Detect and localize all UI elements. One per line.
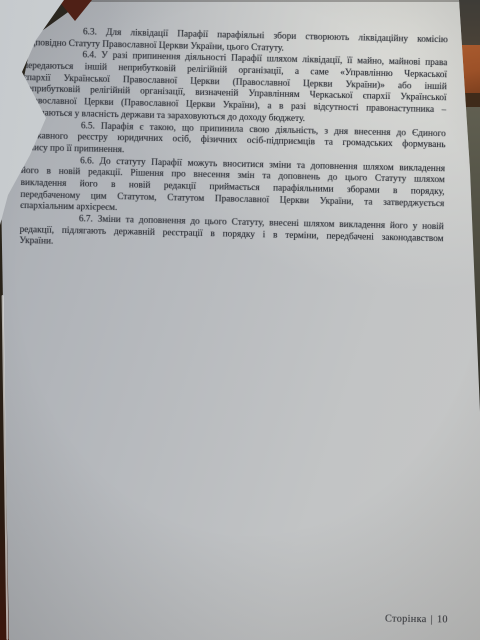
document-page: 6.3. Для ліквідації Парафії парафіяльні … xyxy=(0,0,480,640)
document-text: 6.3. Для ліквідації Парафії парафіяльні … xyxy=(19,26,448,257)
paragraph-6.4: 6.4. У разі припинення діяльності Парафі… xyxy=(22,49,447,128)
footer-separator: | xyxy=(431,614,434,625)
page-footer: Сторінка|10 xyxy=(385,614,448,626)
page-top-edge-shadow xyxy=(85,0,460,2)
paragraph-6.6: 6.6. До статуту Парафії можуть вноситися… xyxy=(20,155,445,223)
photographed-document: 6.3. Для ліквідації Парафії парафіяльні … xyxy=(0,0,480,640)
footer-label: Сторінка xyxy=(385,614,427,626)
footer-page-number: 10 xyxy=(437,614,448,625)
